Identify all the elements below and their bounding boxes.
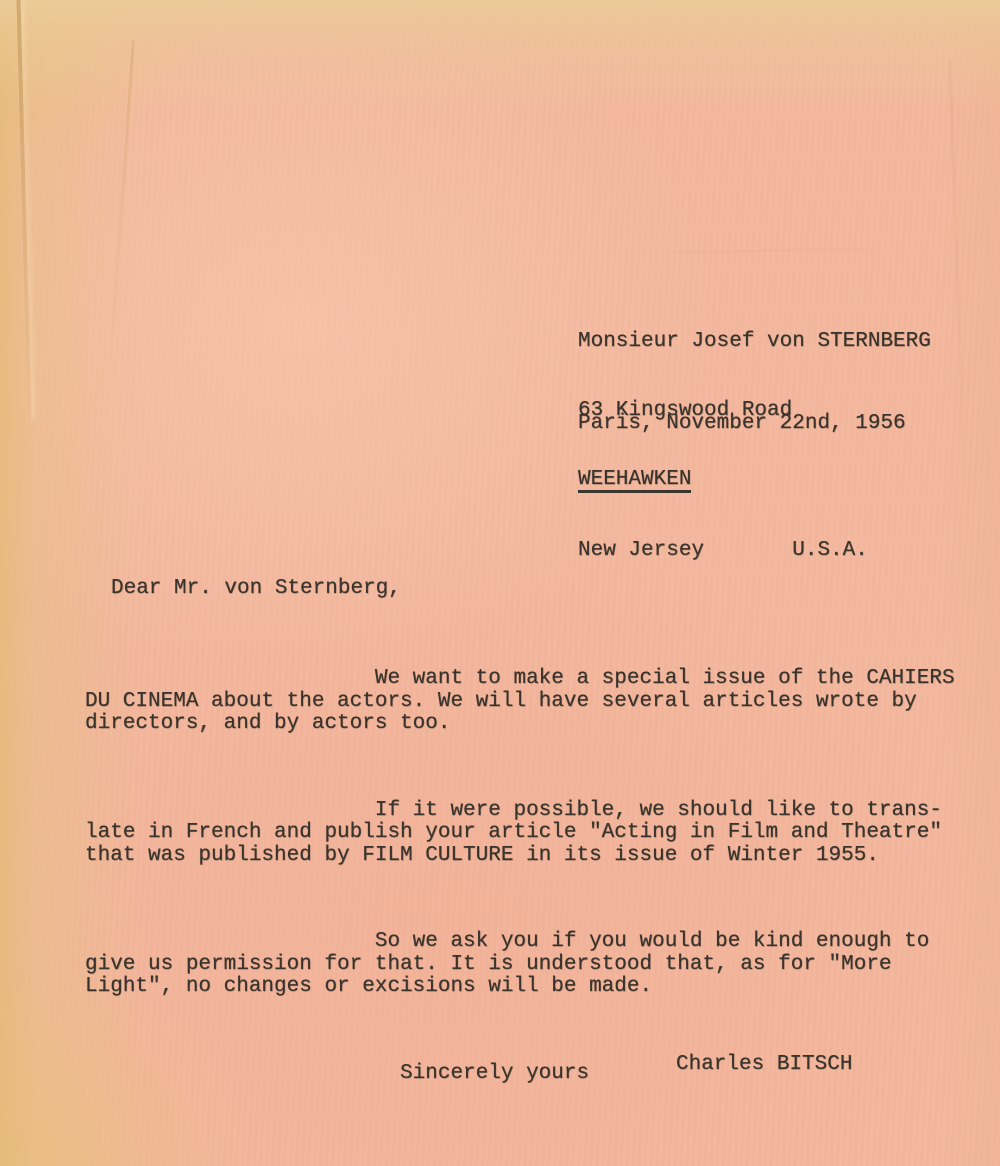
paper-crease-middle <box>540 246 960 255</box>
salutation: Dear Mr. von Sternberg, <box>111 577 401 600</box>
paragraph-3: So we ask you if you would be kind enoug… <box>85 931 955 999</box>
paper-crease-topleft <box>108 40 135 379</box>
paper-crease-right <box>948 60 968 560</box>
dateline: Paris, November 22nd, 1956 <box>578 412 906 435</box>
recipient-city-underlined: WEEHAWKEN <box>578 470 691 493</box>
letter-paper: Monsieur Josef von STERNBERG 63 Kingswoo… <box>0 0 1000 1166</box>
recipient-name: Monsieur Josef von STERNBERG <box>578 330 931 353</box>
recipient-city: WEEHAWKEN <box>578 468 931 493</box>
recipient-state-country: New Jersey U.S.A. <box>578 539 931 562</box>
paper-crease-left <box>17 0 32 420</box>
paragraph-2: If it were possible, we should like to t… <box>85 800 955 868</box>
paragraph-1: We want to make a special issue of the C… <box>85 668 955 736</box>
signature-name: Charles BITSCH <box>676 1053 852 1076</box>
recipient-address-block: Monsieur Josef von STERNBERG 63 Kingswoo… <box>578 284 931 608</box>
